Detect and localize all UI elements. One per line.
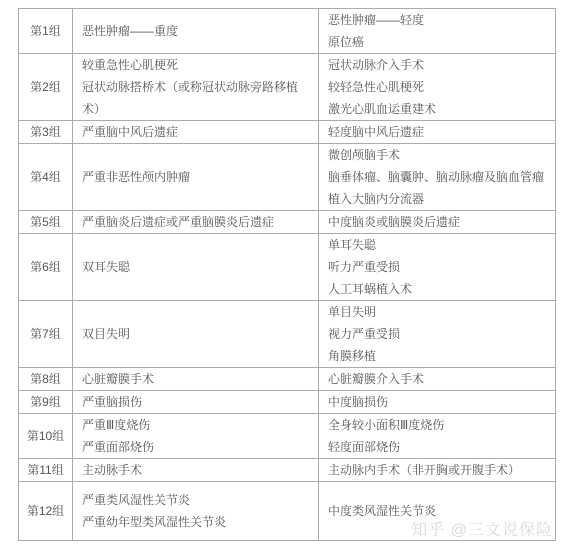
- table-row: 第8组 心脏瓣膜手术 心脏瓣膜介入手术: [19, 368, 556, 391]
- severe-item: 严重面部烧伤: [82, 436, 309, 458]
- mild-cell: 冠状动脉介入手术 较轻急性心肌梗死 激光心肌血运重建术: [319, 54, 556, 121]
- mild-item: 激光心肌血运重建术: [328, 98, 546, 120]
- mild-item: 心脏瓣膜介入手术: [328, 368, 546, 390]
- mild-item: 微创颅脑手术: [328, 144, 546, 166]
- severe-item: 主动脉手术: [82, 459, 309, 481]
- group-label: 第7组: [19, 301, 73, 368]
- table-row: 第12组 严重类风湿性关节炎 严重幼年型类风湿性关节炎 中度类风湿性关节炎: [19, 482, 556, 541]
- mild-item: 角膜移植: [328, 345, 546, 367]
- mild-item: 中度脑损伤: [328, 391, 546, 413]
- mild-item: 轻度面部烧伤: [328, 436, 546, 458]
- mild-cell: 主动脉内手术（非开胸或开腹手术）: [319, 459, 556, 482]
- mild-item: 视力严重受损: [328, 323, 546, 345]
- group-label: 第1组: [19, 9, 73, 54]
- severe-item: 严重幼年型类风湿性关节炎: [82, 511, 309, 533]
- mild-cell: 中度脑损伤: [319, 391, 556, 414]
- mild-cell: 单耳失聪 听力严重受损 人工耳蜗植入术: [319, 234, 556, 301]
- table-row: 第6组 双耳失聪 单耳失聪 听力严重受损 人工耳蜗植入术: [19, 234, 556, 301]
- mild-item: 原位癌: [328, 31, 546, 53]
- group-label: 第6组: [19, 234, 73, 301]
- severe-cell: 严重脑中风后遗症: [73, 121, 319, 144]
- severe-item: 恶性肿瘤——重度: [82, 20, 309, 42]
- mild-item: 单耳失聪: [328, 234, 546, 256]
- severe-cell: 主动脉手术: [73, 459, 319, 482]
- group-label: 第10组: [19, 414, 73, 459]
- mild-item: 植入大脑内分流器: [328, 188, 546, 210]
- table-row: 第7组 双目失明 单目失明 视力严重受损 角膜移植: [19, 301, 556, 368]
- severe-item: 双目失明: [82, 323, 309, 345]
- mild-item: 全身较小面积Ⅲ度烧伤: [328, 414, 546, 436]
- mild-cell: 中度类风湿性关节炎: [319, 482, 556, 541]
- mild-item: 轻度脑中风后遗症: [328, 121, 546, 143]
- group-label: 第8组: [19, 368, 73, 391]
- mild-cell: 全身较小面积Ⅲ度烧伤 轻度面部烧伤: [319, 414, 556, 459]
- group-label: 第11组: [19, 459, 73, 482]
- table-row: 第1组 恶性肿瘤——重度 恶性肿瘤——轻度 原位癌: [19, 9, 556, 54]
- severe-item: 严重脑损伤: [82, 391, 309, 413]
- severe-item: 严重脑炎后遗症或严重脑膜炎后遗症: [82, 211, 309, 233]
- severe-item: 冠状动脉搭桥术（或称冠状动脉旁路移植术）: [82, 76, 309, 120]
- mild-item: 中度类风湿性关节炎: [328, 500, 546, 522]
- mild-cell: 微创颅脑手术 脑垂体瘤、脑囊肿、脑动脉瘤及脑血管瘤 植入大脑内分流器: [319, 144, 556, 211]
- group-label: 第12组: [19, 482, 73, 541]
- severe-cell: 心脏瓣膜手术: [73, 368, 319, 391]
- severe-cell: 严重Ⅲ度烧伤 严重面部烧伤: [73, 414, 319, 459]
- severe-item: 严重脑中风后遗症: [82, 121, 309, 143]
- table-row: 第4组 严重非恶性颅内肿瘤 微创颅脑手术 脑垂体瘤、脑囊肿、脑动脉瘤及脑血管瘤 …: [19, 144, 556, 211]
- severe-cell: 双目失明: [73, 301, 319, 368]
- mild-item: 恶性肿瘤——轻度: [328, 9, 546, 31]
- disease-groups-table: 第1组 恶性肿瘤——重度 恶性肿瘤——轻度 原位癌 第2组 较重急性心肌梗死 冠…: [18, 8, 556, 541]
- severe-item: 严重Ⅲ度烧伤: [82, 414, 309, 436]
- group-label: 第2组: [19, 54, 73, 121]
- table-row: 第9组 严重脑损伤 中度脑损伤: [19, 391, 556, 414]
- group-label: 第3组: [19, 121, 73, 144]
- severe-cell: 恶性肿瘤——重度: [73, 9, 319, 54]
- mild-item: 单目失明: [328, 301, 546, 323]
- mild-item: 冠状动脉介入手术: [328, 54, 546, 76]
- mild-item: 主动脉内手术（非开胸或开腹手术）: [328, 459, 546, 481]
- table-row: 第11组 主动脉手术 主动脉内手术（非开胸或开腹手术）: [19, 459, 556, 482]
- table-row: 第10组 严重Ⅲ度烧伤 严重面部烧伤 全身较小面积Ⅲ度烧伤 轻度面部烧伤: [19, 414, 556, 459]
- table-row: 第5组 严重脑炎后遗症或严重脑膜炎后遗症 中度脑炎或脑膜炎后遗症: [19, 211, 556, 234]
- mild-item: 人工耳蜗植入术: [328, 278, 546, 300]
- mild-cell: 中度脑炎或脑膜炎后遗症: [319, 211, 556, 234]
- mild-cell: 心脏瓣膜介入手术: [319, 368, 556, 391]
- mild-cell: 轻度脑中风后遗症: [319, 121, 556, 144]
- mild-item: 脑垂体瘤、脑囊肿、脑动脉瘤及脑血管瘤: [328, 166, 546, 188]
- severe-cell: 严重脑炎后遗症或严重脑膜炎后遗症: [73, 211, 319, 234]
- mild-item: 中度脑炎或脑膜炎后遗症: [328, 211, 546, 233]
- group-label: 第9组: [19, 391, 73, 414]
- severe-item: 严重非恶性颅内肿瘤: [82, 166, 309, 188]
- group-label: 第4组: [19, 144, 73, 211]
- severe-item: 双耳失聪: [82, 256, 309, 278]
- severe-cell: 双耳失聪: [73, 234, 319, 301]
- mild-cell: 单目失明 视力严重受损 角膜移植: [319, 301, 556, 368]
- severe-item: 心脏瓣膜手术: [82, 368, 309, 390]
- mild-item: 较轻急性心肌梗死: [328, 76, 546, 98]
- severe-cell: 严重非恶性颅内肿瘤: [73, 144, 319, 211]
- mild-cell: 恶性肿瘤——轻度 原位癌: [319, 9, 556, 54]
- table-row: 第3组 严重脑中风后遗症 轻度脑中风后遗症: [19, 121, 556, 144]
- severe-item: 严重类风湿性关节炎: [82, 489, 309, 511]
- table-row: 第2组 较重急性心肌梗死 冠状动脉搭桥术（或称冠状动脉旁路移植术） 冠状动脉介入…: [19, 54, 556, 121]
- severe-item: 较重急性心肌梗死: [82, 54, 309, 76]
- severe-cell: 较重急性心肌梗死 冠状动脉搭桥术（或称冠状动脉旁路移植术）: [73, 54, 319, 121]
- group-label: 第5组: [19, 211, 73, 234]
- severe-cell: 严重脑损伤: [73, 391, 319, 414]
- severe-cell: 严重类风湿性关节炎 严重幼年型类风湿性关节炎: [73, 482, 319, 541]
- mild-item: 听力严重受损: [328, 256, 546, 278]
